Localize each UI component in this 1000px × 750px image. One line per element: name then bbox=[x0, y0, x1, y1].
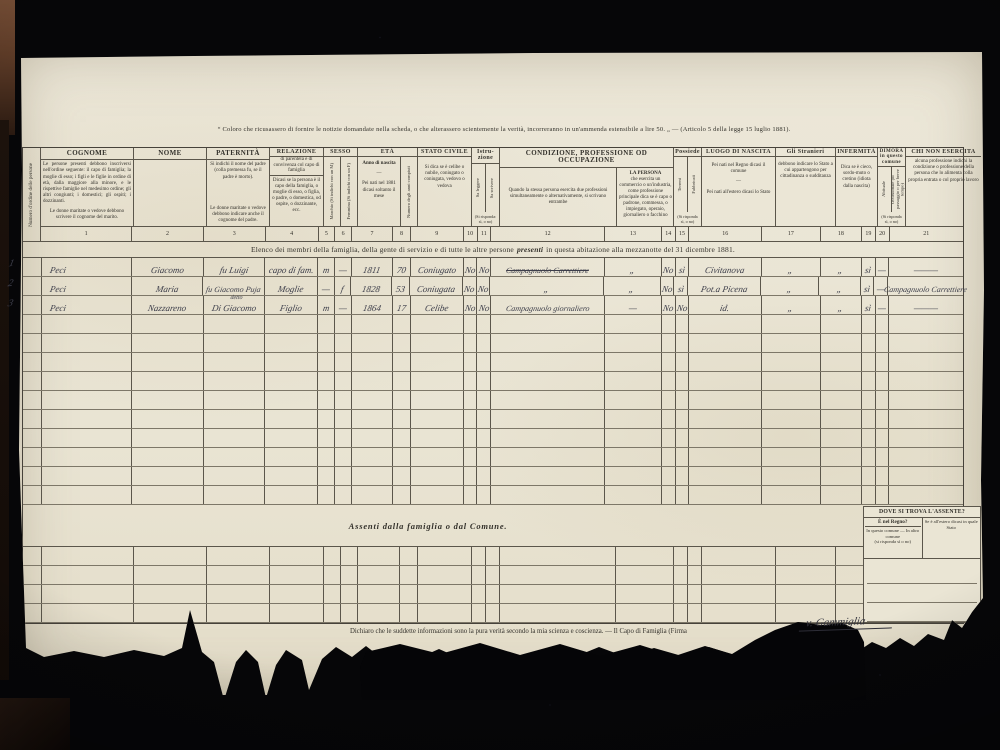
cell-inferm bbox=[820, 353, 861, 371]
cell-paternita bbox=[203, 429, 265, 447]
cell-persona bbox=[604, 410, 661, 428]
column-number: 12 bbox=[490, 227, 604, 241]
cell-persona bbox=[604, 429, 661, 447]
cell-stranieri bbox=[761, 372, 820, 390]
cell-ordine bbox=[23, 467, 41, 485]
cell-anni bbox=[392, 467, 410, 485]
cell-paternita: fu Giacomo Puja bbox=[202, 277, 264, 295]
cell-cond: „ bbox=[489, 277, 603, 295]
cell-terreni bbox=[661, 353, 675, 371]
cell-nome: Maria bbox=[131, 277, 202, 295]
cell-persona bbox=[604, 448, 661, 466]
cell-stranieri bbox=[775, 585, 835, 603]
cell-persona bbox=[604, 315, 661, 333]
cell-chi bbox=[888, 429, 963, 447]
cell-relazione bbox=[264, 315, 317, 333]
cell-chi bbox=[888, 315, 963, 333]
handwritten-entry: — bbox=[877, 266, 887, 275]
cell-stato bbox=[410, 448, 463, 466]
cell-fabbricati bbox=[675, 391, 689, 409]
table-row bbox=[23, 372, 963, 391]
cell-terreni: No bbox=[660, 277, 674, 295]
column-number: 13 bbox=[604, 227, 661, 241]
dove-box-regno: È nel Regno? In questo comune — In altro… bbox=[864, 518, 923, 558]
cell-chi bbox=[888, 467, 963, 485]
cell-relazione bbox=[269, 585, 323, 603]
cell-f: f bbox=[334, 277, 351, 295]
cell-cond bbox=[499, 547, 615, 565]
list-title-pre: Elenco dei membri della famiglia, della … bbox=[251, 245, 514, 254]
cell-dim_ab bbox=[861, 467, 875, 485]
cell-cond bbox=[490, 372, 604, 390]
handwritten-entry: No bbox=[477, 285, 489, 294]
regno-head: È nel Regno? bbox=[865, 519, 921, 527]
column-numbers-row: 123456789101112131415161718192021 bbox=[41, 226, 963, 241]
cell-dim_occ bbox=[875, 429, 889, 447]
cell-legge bbox=[463, 448, 477, 466]
cell-legge bbox=[463, 467, 477, 485]
cell-inferm bbox=[820, 486, 861, 504]
column-number: 9 bbox=[410, 227, 463, 241]
handwritten-entry: Peci bbox=[49, 304, 67, 313]
cell-dim_occ: — bbox=[875, 296, 889, 314]
cell-anni bbox=[392, 372, 410, 390]
cell-cognome bbox=[41, 604, 133, 622]
cell-stato bbox=[417, 566, 471, 584]
cell-relazione bbox=[264, 429, 317, 447]
possiede-terreni: Terreni bbox=[678, 178, 683, 191]
cell-m bbox=[323, 566, 340, 584]
cell-ordine bbox=[23, 391, 41, 409]
eta-anno-note: Pei nati nel 1881 dicasi soltanto il mes… bbox=[358, 179, 400, 201]
cell-dim_occ bbox=[875, 372, 889, 390]
cell-terreni bbox=[661, 391, 675, 409]
handwritten-entry: No bbox=[662, 266, 674, 275]
cell-terreni bbox=[673, 585, 687, 603]
cell-anni bbox=[392, 448, 410, 466]
column-eta: ETÀ Anno di nascita — Pei nati nel 1881 … bbox=[357, 148, 417, 226]
column-number: 14 bbox=[661, 227, 675, 241]
table-row: PeciMariafu Giacomo PujaMoglie—f182853Co… bbox=[23, 277, 963, 296]
cell-inferm bbox=[820, 429, 861, 447]
cell-dim_ab bbox=[861, 315, 875, 333]
cell-chi bbox=[888, 391, 963, 409]
cell-dim_occ bbox=[875, 391, 889, 409]
table-row bbox=[23, 315, 963, 334]
cell-legge bbox=[463, 391, 477, 409]
cell-ordine bbox=[23, 296, 41, 314]
handwritten-entry: Coniugata bbox=[416, 285, 456, 294]
cell-scrive: No bbox=[476, 277, 490, 295]
cell-relazione bbox=[264, 372, 317, 390]
cell-cognome bbox=[41, 372, 131, 390]
cell-m bbox=[317, 448, 334, 466]
cell-cond bbox=[490, 353, 604, 371]
cell-paternita bbox=[206, 566, 269, 584]
la-persona-title: LA PERSONA bbox=[628, 169, 664, 177]
cell-persona bbox=[604, 353, 661, 371]
cell-chi: ——— bbox=[888, 296, 963, 314]
cell-legge bbox=[463, 315, 477, 333]
cell-stato bbox=[417, 547, 471, 565]
cell-inferm: „ bbox=[820, 296, 861, 314]
cell-inferm bbox=[820, 410, 861, 428]
cell-cognome bbox=[41, 467, 131, 485]
cell-f: — bbox=[334, 296, 351, 314]
column-number: 15 bbox=[675, 227, 689, 241]
handwritten-entry: „ bbox=[630, 266, 637, 275]
cell-dim_occ bbox=[875, 353, 889, 371]
cell-persona bbox=[615, 604, 673, 622]
cell-chi bbox=[888, 410, 963, 428]
cell-scrive bbox=[476, 448, 490, 466]
cell-f bbox=[340, 585, 357, 603]
cell-inferm bbox=[820, 467, 861, 485]
handwritten-entry: — bbox=[338, 266, 348, 275]
cell-paternita bbox=[203, 353, 265, 371]
relazione-title: RELAZIONE bbox=[270, 148, 323, 157]
column-ordine: Numero d'ordine delle persone bbox=[23, 148, 41, 241]
column-condizione: CONDIZIONE, PROFESSIONE OD OCCUPAZIONE Q… bbox=[499, 148, 673, 226]
cell-stato bbox=[410, 410, 463, 428]
column-number: 18 bbox=[820, 227, 861, 241]
cell-cognome bbox=[41, 334, 131, 352]
cell-terreni bbox=[661, 315, 675, 333]
cell-paternita bbox=[206, 585, 269, 603]
cell-nome bbox=[131, 448, 203, 466]
cell-relazione bbox=[264, 448, 317, 466]
handwritten-entry: 1828 bbox=[362, 285, 382, 294]
cell-legge: No bbox=[463, 296, 477, 314]
cell-persona: — bbox=[604, 296, 661, 314]
cell-stato bbox=[410, 334, 463, 352]
handwritten-entry: — bbox=[321, 285, 331, 294]
cell-cond bbox=[499, 604, 615, 622]
cell-dim_ab bbox=[861, 353, 875, 371]
handwritten-entry: Moglie bbox=[277, 285, 304, 294]
relazione-subtitle: di parentela e di convivenza col capo di… bbox=[270, 157, 323, 176]
cell-f bbox=[340, 604, 357, 622]
column-number: 17 bbox=[761, 227, 820, 241]
cell-nome bbox=[133, 604, 206, 622]
possiede-note: (Si risponda sì, o no) bbox=[674, 212, 701, 226]
cell-legge bbox=[463, 410, 477, 428]
cell-legge bbox=[471, 604, 485, 622]
handwritten-entry: f bbox=[340, 285, 344, 294]
cell-nome bbox=[131, 486, 203, 504]
cell-stato bbox=[410, 467, 463, 485]
cell-nome bbox=[133, 585, 206, 603]
handwritten-entry: No bbox=[464, 304, 476, 313]
cell-luogo: Civitanova bbox=[688, 258, 761, 276]
cell-stranieri: „ bbox=[760, 277, 819, 295]
handwritten-entry: „ bbox=[543, 285, 550, 294]
cell-terreni: No bbox=[661, 258, 675, 276]
cell-paternita bbox=[203, 467, 265, 485]
cell-paternita bbox=[203, 486, 265, 504]
cell-cond bbox=[490, 315, 604, 333]
cell-paternita bbox=[203, 334, 265, 352]
cell-f bbox=[334, 410, 351, 428]
cell-relazione bbox=[264, 410, 317, 428]
cell-m: — bbox=[317, 277, 334, 295]
cell-fabbricati bbox=[675, 429, 689, 447]
cell-fabbricati bbox=[687, 547, 701, 565]
cell-dim_ab: sì bbox=[861, 258, 875, 276]
handwritten-entry: — bbox=[628, 304, 638, 313]
table-row bbox=[23, 467, 963, 486]
cell-cond bbox=[490, 391, 604, 409]
cell-stato bbox=[410, 353, 463, 371]
cell-stato bbox=[417, 604, 471, 622]
cell-m bbox=[317, 467, 334, 485]
cell-paternita: fu Luigi bbox=[203, 258, 265, 276]
cell-persona bbox=[604, 486, 661, 504]
cell-scrive bbox=[476, 315, 490, 333]
handwritten-entry: — bbox=[338, 304, 348, 313]
ruled-line bbox=[867, 583, 977, 584]
handwritten-entry: Maria bbox=[155, 285, 179, 294]
cell-luogo bbox=[701, 585, 775, 603]
column-infermita: INFERMITÀ Dica se è cieco, sordo-muto o … bbox=[835, 148, 877, 226]
handwritten-entry: fu Luigi bbox=[219, 266, 249, 275]
cell-anno bbox=[351, 448, 392, 466]
handwritten-entry: sì bbox=[863, 285, 871, 294]
handwritten-entry: Campagnuolo giornaliero bbox=[505, 305, 590, 313]
list-title-post: in questa abitazione alla mezzanotte del… bbox=[546, 245, 735, 254]
dimora-occasionale: Occasionale (di passaggio o per breve te… bbox=[891, 167, 905, 212]
cell-fabbricati bbox=[675, 467, 689, 485]
cell-m bbox=[317, 372, 334, 390]
cell-relazione bbox=[264, 486, 317, 504]
handwritten-entry: „ bbox=[836, 285, 843, 294]
handwritten-entry: 70 bbox=[396, 266, 407, 275]
cell-legge: No bbox=[462, 277, 476, 295]
cell-nome: Giacomo bbox=[131, 258, 203, 276]
cognome-note2: Le donne maritate o vedove debbono scriv… bbox=[41, 207, 133, 223]
cell-dim_occ: — bbox=[875, 258, 889, 276]
handwritten-entry: „ bbox=[838, 266, 845, 275]
cell-chi: ——— bbox=[888, 258, 963, 276]
condizione-title: CONDIZIONE, PROFESSIONE OD OCCUPAZIONE bbox=[500, 148, 673, 168]
cell-chi bbox=[888, 353, 963, 371]
cell-relazione: Figlio bbox=[264, 296, 317, 314]
cell-f: — bbox=[334, 258, 351, 276]
handwritten-entry: sì bbox=[678, 266, 686, 275]
cell-terreni bbox=[661, 372, 675, 390]
cell-anno: 1811 bbox=[351, 258, 392, 276]
cell-fabbricati bbox=[687, 585, 701, 603]
cell-relazione: Moglie bbox=[264, 277, 317, 295]
cell-ordine bbox=[23, 277, 41, 295]
cell-chi bbox=[888, 486, 963, 504]
cell-stranieri bbox=[775, 547, 835, 565]
table-row bbox=[23, 566, 963, 585]
column-number: 8 bbox=[392, 227, 410, 241]
cell-dim_occ bbox=[875, 448, 889, 466]
cell-stranieri bbox=[775, 566, 835, 584]
cell-cond bbox=[490, 334, 604, 352]
istruzione-title: Istru- zione bbox=[472, 148, 499, 164]
handwritten-entry: Giacomo bbox=[150, 266, 185, 275]
cell-anni bbox=[392, 391, 410, 409]
cell-cognome bbox=[41, 547, 133, 565]
cell-nome bbox=[131, 410, 203, 428]
cell-dim_ab bbox=[861, 334, 875, 352]
cell-f bbox=[340, 547, 357, 565]
column-istruzione: Istru- zione Sa leggere Sa scrivere (Si … bbox=[471, 148, 499, 226]
cognome-title: COGNOME bbox=[41, 148, 133, 160]
infermita-title: INFERMITÀ bbox=[836, 148, 877, 157]
handwritten-superscript: detto bbox=[230, 295, 243, 301]
cell-dim_occ bbox=[875, 410, 889, 428]
cell-nome bbox=[131, 315, 203, 333]
cell-relazione: capo di fam. bbox=[264, 258, 317, 276]
cell-f bbox=[334, 448, 351, 466]
cell-fabbricati bbox=[687, 604, 701, 622]
handwritten-entry: Campagnuolo Carrettiere bbox=[505, 267, 589, 275]
handwritten-entry: ——— bbox=[913, 304, 939, 313]
cell-cond: Campagnuolo giornaliero bbox=[490, 296, 604, 314]
cell-anni bbox=[392, 486, 410, 504]
stranieri-title: Gli Stranieri bbox=[776, 148, 835, 157]
luogo-divider: — bbox=[702, 177, 775, 187]
column-number: 3 bbox=[203, 227, 265, 241]
column-number: 16 bbox=[688, 227, 761, 241]
cell-terreni bbox=[661, 410, 675, 428]
luogo-title: LUOGO DI NASCITA bbox=[702, 148, 775, 157]
stranieri-note: debbono indicare lo Stato a cui apparten… bbox=[776, 157, 835, 182]
cell-fabbricati bbox=[687, 566, 701, 584]
condizione-note-12: Quando la stessa persona esercita due pr… bbox=[500, 186, 616, 208]
cell-anni bbox=[399, 604, 417, 622]
cell-chi bbox=[888, 372, 963, 390]
luogo-note1: Pei nati nel Regno dicasi il comune bbox=[702, 157, 775, 177]
eta-anni-compiuti: Numero degli anni compiuti bbox=[407, 166, 412, 218]
cell-cognome bbox=[41, 353, 131, 371]
sa-scrivere: Sa scrivere bbox=[490, 178, 495, 198]
cell-cond bbox=[490, 410, 604, 428]
cell-fabbricati bbox=[675, 410, 689, 428]
cell-dim_ab bbox=[861, 486, 875, 504]
table-row: PeciNazzarenoDi GiacomodettoFigliom—1864… bbox=[23, 296, 963, 315]
cell-stato bbox=[410, 372, 463, 390]
cell-scrive bbox=[476, 486, 490, 504]
cell-luogo bbox=[701, 547, 775, 565]
cell-scrive bbox=[476, 429, 490, 447]
cell-f bbox=[334, 353, 351, 371]
cell-anno: 1828 bbox=[350, 277, 391, 295]
cell-relazione bbox=[264, 334, 317, 352]
column-sesso: SESSO Maschio (Si indichi con un M) Femm… bbox=[323, 148, 357, 226]
cell-terreni bbox=[661, 448, 675, 466]
cell-inferm bbox=[820, 372, 861, 390]
cell-nome bbox=[131, 334, 203, 352]
cell-stranieri: „ bbox=[761, 296, 820, 314]
handwritten-entry: sì bbox=[677, 285, 685, 294]
cell-scrive bbox=[476, 391, 490, 409]
handwritten-entry: capo di fam. bbox=[268, 266, 314, 275]
eta-anno-title: Anno di nascita bbox=[360, 159, 397, 169]
cell-stranieri bbox=[761, 486, 820, 504]
cell-ordine bbox=[23, 585, 41, 603]
cell-ordine bbox=[23, 429, 41, 447]
handwritten-entry: id. bbox=[720, 304, 731, 313]
table-row bbox=[23, 448, 963, 467]
column-stato-civile: STATO CIVILE Si dica se è celibe o nubil… bbox=[417, 148, 471, 226]
census-form-sheet: “ Coloro che ricusassero di fornire le n… bbox=[14, 50, 986, 695]
cell-fabbricati bbox=[675, 315, 689, 333]
cell-relazione bbox=[264, 391, 317, 409]
cell-cognome bbox=[41, 391, 131, 409]
cell-paternita bbox=[203, 391, 265, 409]
cell-fabbricati: sì bbox=[675, 258, 689, 276]
handwritten-entry: No bbox=[661, 285, 673, 294]
column-number: 2 bbox=[131, 227, 203, 241]
cell-luogo bbox=[688, 353, 761, 371]
list-title: Elenco dei membri della famiglia, della … bbox=[23, 241, 963, 258]
cell-anno: 1864 bbox=[351, 296, 392, 314]
handwritten-entry: „ bbox=[788, 304, 795, 313]
cell-persona: „ bbox=[603, 277, 660, 295]
cell-f bbox=[334, 372, 351, 390]
cell-ordine bbox=[23, 410, 41, 428]
handwritten-entry: Civitanova bbox=[705, 266, 746, 275]
table-row bbox=[23, 410, 963, 429]
absent-title: Assenti dalla famiglia o dal Comune. bbox=[349, 521, 508, 531]
cell-f bbox=[334, 429, 351, 447]
cell-stranieri bbox=[761, 334, 820, 352]
luogo-note2: Pei nati all'estero dicasi lo Stato bbox=[702, 188, 775, 198]
cell-cognome bbox=[41, 448, 131, 466]
cell-ordine bbox=[23, 353, 41, 371]
cell-chi bbox=[888, 448, 963, 466]
cell-anno bbox=[351, 429, 392, 447]
sa-leggere: Sa leggere bbox=[476, 178, 481, 197]
cell-luogo bbox=[701, 604, 775, 622]
cell-cond bbox=[499, 585, 615, 603]
cell-anno bbox=[351, 334, 392, 352]
dove-box-title: DOVE SI TROVA L'ASSENTE? bbox=[864, 507, 980, 518]
cell-stranieri bbox=[761, 467, 820, 485]
ruled-line bbox=[867, 602, 977, 603]
cell-m: m bbox=[317, 258, 334, 276]
cell-legge bbox=[463, 429, 477, 447]
column-chi-non-esercita: CHI NON ESERCITA alcuna professione indi… bbox=[905, 148, 981, 226]
cell-anni bbox=[392, 353, 410, 371]
table-row bbox=[23, 391, 963, 410]
cell-f bbox=[334, 315, 351, 333]
cell-dim_ab bbox=[861, 448, 875, 466]
cell-paternita bbox=[203, 315, 265, 333]
handwritten-entry: No bbox=[676, 304, 688, 313]
table-row bbox=[23, 547, 963, 566]
cell-luogo: Pot.a Picena bbox=[687, 277, 759, 295]
handwritten-entry: Coniugato bbox=[417, 266, 457, 275]
chi-title: CHI NON ESERCITA bbox=[906, 148, 981, 157]
cell-legge bbox=[463, 486, 477, 504]
eta-divider: — bbox=[375, 169, 384, 179]
cell-scrive: No bbox=[476, 258, 490, 276]
cell-dim_ab bbox=[861, 391, 875, 409]
cell-stato: Celibe bbox=[410, 296, 463, 314]
cell-ordine bbox=[23, 334, 41, 352]
cell-anno bbox=[351, 391, 392, 409]
cell-persona bbox=[615, 566, 673, 584]
handwritten-entry: Di Giacomo bbox=[211, 304, 257, 313]
cell-scrive bbox=[476, 410, 490, 428]
main-rows: PeciGiacomofu Luigicapo di fam.m—181170C… bbox=[23, 258, 963, 505]
